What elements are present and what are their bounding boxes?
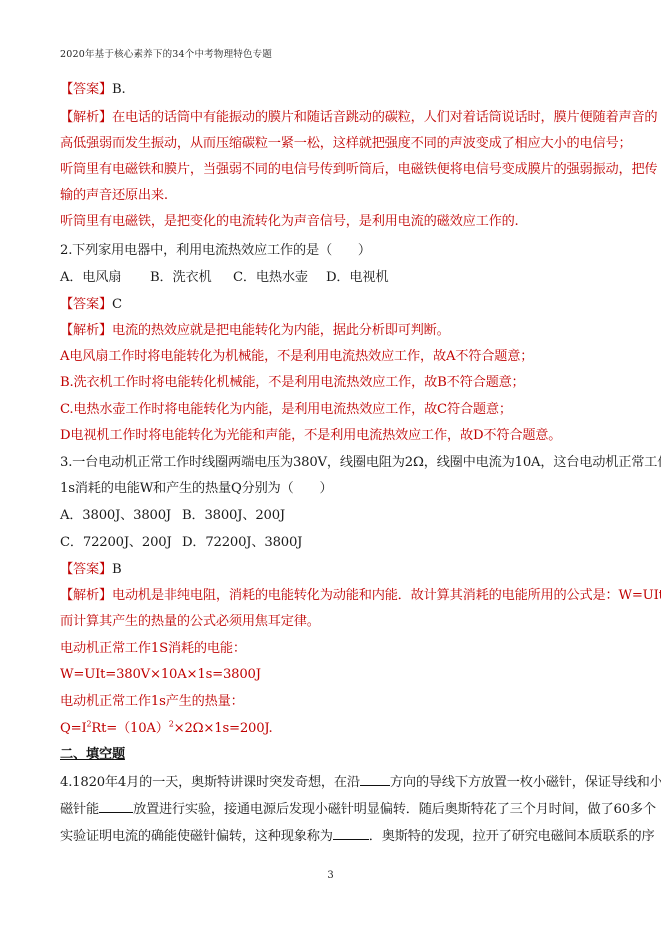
analysis-text: 电动机是非纯电阻，消耗的电能转化为动能和内能．故计算其消耗的电能所用的公式是：W… xyxy=(112,588,661,603)
q3-option-b: B．3800J、200J xyxy=(182,507,285,525)
fill-blank-2[interactable] xyxy=(99,800,133,813)
q3-stem-line-1: 3.一台电动机正常工作时线圈两端电压为380V，线圈电阻为2Ω，线圈中电流为10… xyxy=(60,454,661,472)
q3-stem-line-2: 1s消耗的电能W和产生的热量Q分别为（ ） xyxy=(60,480,333,498)
fill-blank-3[interactable] xyxy=(333,827,369,840)
q2-analysis-line-1: 【解析】电流的热效应就是把电能转化为内能，据此分析即可判断。 xyxy=(60,322,450,340)
q4-line-2: 磁针能放置进行实验，接通电源后发现小磁针明显偏转．随后奥斯特花了三个月时间，做了… xyxy=(60,800,656,819)
page-header: 2020年基于核心素养下的34个中考物理特色专题 xyxy=(60,46,272,60)
q1-analysis-line-2: 高低强弱而发生振动，从而压缩碳粒一紧一松，这样就把强度不同的声波变成了相应大小的… xyxy=(60,135,631,153)
q2-option-a: A．电风扇 xyxy=(60,269,150,287)
analysis-label: 【解析】 xyxy=(60,323,112,338)
page-number: 3 xyxy=(0,870,661,881)
q3-option-c: C．72200J、200J xyxy=(60,534,182,552)
q1-analysis-line-1: 【解析】在电话的话筒中有能振动的膜片和随话音跳动的碳粒，人们对着话筒说话时，膜片… xyxy=(60,109,657,127)
analysis-label: 【解析】 xyxy=(60,588,112,603)
q3-heat-formula: Q=I2Rt=（10A）2×2Ω×1s=200J. xyxy=(60,720,272,738)
answer-value: C xyxy=(112,297,122,312)
analysis-text: 电流的热效应就是把电能转化为内能，据此分析即可判断。 xyxy=(112,323,450,338)
q2-option-c: C．电热水壶 xyxy=(233,269,326,287)
answer-label: 【答案】 xyxy=(60,562,112,577)
q3-analysis-line-2: 而计算其产生的热量的公式必须用焦耳定律。 xyxy=(60,613,320,631)
analysis-label: 【解析】 xyxy=(60,110,112,125)
q2-analysis-line-2: A电风扇工作时将电能转化为机械能，不是利用电流热效应工作，故A不符合题意； xyxy=(60,348,533,366)
q2-analysis-line-4: C.电热水壶工作时将电能转化为内能，是利用电流热效应工作，故C符合题意； xyxy=(60,401,512,419)
analysis-text: 在电话的话筒中有能振动的膜片和随话音跳动的碳粒，人们对着话筒说话时，膜片便随着声… xyxy=(112,110,657,125)
q4-line-3: 实验证明电流的确能使磁针偏转，这种现象称为．奥斯特的发现，拉开了研究电磁间本质联… xyxy=(60,827,654,846)
answer-value: B xyxy=(112,562,122,577)
section-title-fill-in: 二、填空题 xyxy=(60,746,125,764)
q1-answer: 【答案】B. xyxy=(60,81,125,99)
q2-analysis-line-5: D电视机工作时将电能转化为光能和声能，不是利用电流热效应工作，故D不符合题意。 xyxy=(60,427,561,445)
q3-analysis-line-5: 电动机正常工作1s产生的热量： xyxy=(60,693,244,711)
q4-line-1: 4.1820年4月的一天，奥斯特讲课时突发奇想，在沿方向的导线下方放置一枚小磁针… xyxy=(60,773,661,792)
q2-option-d: D．电视机 xyxy=(326,269,388,287)
q2-analysis-line-3: B.洗衣机工作时将电能转化机械能，不是利用电流热效应工作，故B不符合题意； xyxy=(60,374,525,392)
answer-label: 【答案】 xyxy=(60,82,112,97)
q3-analysis-line-1: 【解析】电动机是非纯电阻，消耗的电能转化为动能和内能．故计算其消耗的电能所用的公… xyxy=(60,587,661,605)
q3-answer: 【答案】B xyxy=(60,561,121,579)
q3-option-a: A．3800J、3800J xyxy=(60,507,182,525)
q3-option-d: D．72200J、3800J xyxy=(182,534,302,552)
q2-option-b: B．洗衣机 xyxy=(150,269,233,287)
q1-analysis-line-3: 听筒里有电磁铁和膜片，当强弱不同的电信号传到听筒后，电磁铁便将电信号变成膜片的强… xyxy=(60,161,657,179)
q3-energy-formula: W=UIt=380V×10A×1s=3800J xyxy=(60,666,261,684)
q1-analysis-line-4: 输的声音还原出来. xyxy=(60,187,168,205)
answer-label: 【答案】 xyxy=(60,297,112,312)
q2-stem: 2.下列家用电器中，利用电流热效应工作的是（ ） xyxy=(60,242,371,260)
q3-options-row-2: C．72200J、200JD．72200J、3800J xyxy=(60,534,302,552)
q1-analysis-line-5: 听筒里有电磁铁，是把变化的电流转化为声音信号，是利用电流的磁效应工作的. xyxy=(60,213,519,231)
q2-options: A．电风扇B．洗衣机C．电热水壶D．电视机 xyxy=(60,269,388,287)
q2-answer: 【答案】C xyxy=(60,296,122,314)
q3-options-row-1: A．3800J、3800JB．3800J、200J xyxy=(60,507,285,525)
q3-analysis-line-3: 电动机正常工作1S消耗的电能： xyxy=(60,640,246,658)
fill-blank-1[interactable] xyxy=(360,773,390,786)
answer-value: B. xyxy=(112,82,125,97)
